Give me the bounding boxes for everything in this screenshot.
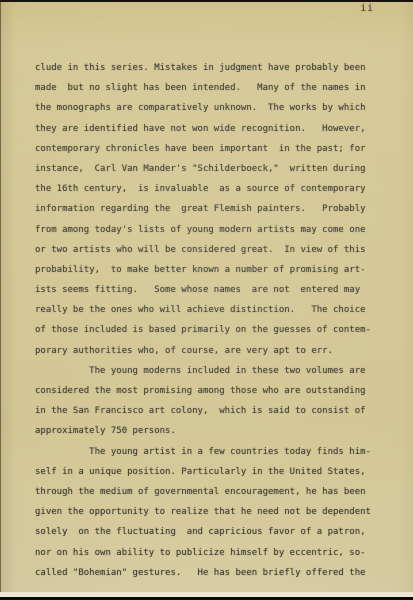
text-line: considered the most promising among thos… <box>35 381 371 401</box>
text-line: in the San Francisco art colony, which i… <box>35 401 371 421</box>
text-line: from among today's lists of young modern… <box>35 220 371 240</box>
document-body: clude in this series. Mistakes in judgme… <box>35 58 371 583</box>
scan-edge-left <box>0 0 1 600</box>
text-line: really be the ones who will achieve dist… <box>35 300 371 320</box>
text-line: approximately 750 persons. <box>35 421 371 441</box>
text-line: probability, to make better known a numb… <box>35 260 371 280</box>
text-line: of those included is based primarily on … <box>35 320 371 340</box>
text-line: self in a unique position. Particularly … <box>35 462 371 482</box>
text-line: or two artists who will be considered gr… <box>35 240 371 260</box>
text-line: nor on his own ability to publicize hims… <box>35 543 371 563</box>
text-line: The young artist in a few countries toda… <box>35 442 371 462</box>
page-number: ii <box>361 3 374 14</box>
text-line: through the medium of governmental encou… <box>35 482 371 502</box>
scan-edge-top <box>0 0 413 2</box>
text-line: instance, Carl Van Mander's "Schilderboe… <box>35 159 371 179</box>
text-line: ists seems fitting. Some whose names are… <box>35 280 371 300</box>
text-line: they are identified have not won wide re… <box>35 119 371 139</box>
text-line: porary authorities who, of course, are v… <box>35 341 371 361</box>
text-line: contemporary chronicles have been import… <box>35 139 371 159</box>
text-line: given the opportunity to realize that he… <box>35 502 371 522</box>
text-line: called "Bohemian" gestures. He has been … <box>35 563 371 583</box>
text-line: solely on the fluctuating and capricious… <box>35 522 371 542</box>
text-line: information regarding the great Flemish … <box>35 199 371 219</box>
text-line: clude in this series. Mistakes in judgme… <box>35 58 371 78</box>
text-line: the monographs are comparatively unknown… <box>35 98 371 118</box>
text-line: made but no slight has been intended. Ma… <box>35 78 371 98</box>
text-line: The young moderns included in these two … <box>35 361 371 381</box>
text-line: the 16th century, is invaluable as a sou… <box>35 179 371 199</box>
scanned-page: ii clude in this series. Mistakes in jud… <box>0 0 413 600</box>
